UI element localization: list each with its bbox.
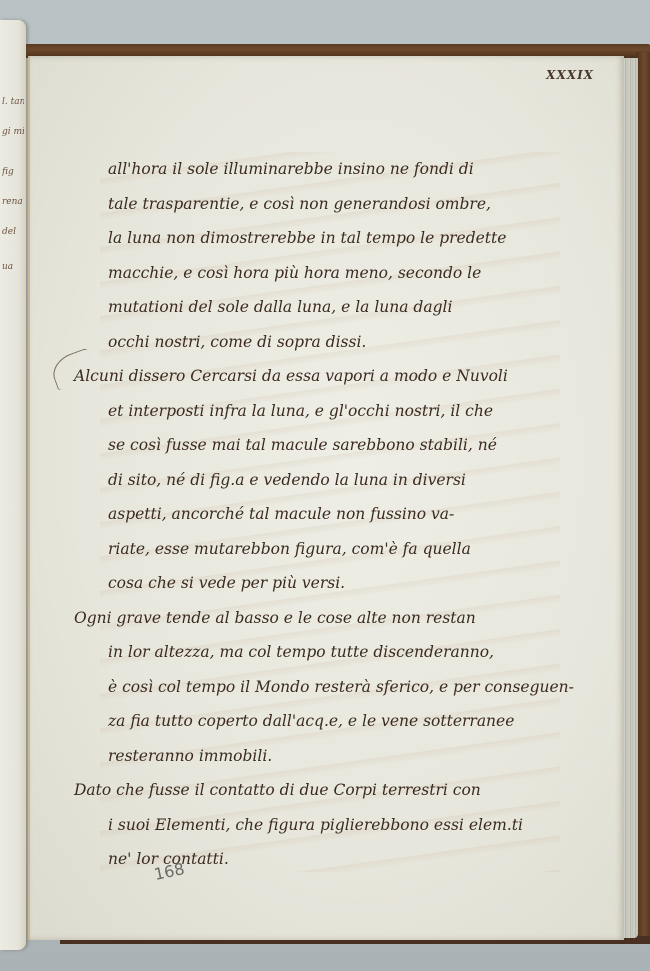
paragraph-start-line: Ogni grave tende al basso e le cose alte…	[74, 601, 574, 636]
text-line: la luna non dimostrerebbe in tal tempo l…	[74, 221, 574, 256]
text-line: ne' lor contatti.	[74, 842, 574, 877]
text-line: occhi nostri, come di sopra dissi.	[74, 325, 574, 360]
text-line: za fia tutto coperto dall'acq.e, e le ve…	[74, 704, 574, 739]
margin-fragment: l. tan	[2, 90, 24, 114]
manuscript-page: XXXIX all'hora il sole illuminarebbe ins…	[28, 56, 624, 940]
text-line: all'hora il sole illuminarebbe insino ne…	[74, 152, 574, 187]
text-line: i suoi Elementi, che figura piglierebbon…	[74, 808, 574, 843]
text-line: aspetti, ancorché tal macule non fussino…	[74, 497, 574, 532]
left-page-edge: l. tan gi mite fig rena del ua	[0, 20, 26, 950]
text-line: riate, esse mutarebbon figura, com'è fa …	[74, 532, 574, 567]
text-line: et interposti infra la luna, e gl'occhi …	[74, 394, 574, 429]
text-line: in lor altezza, ma col tempo tutte disce…	[74, 635, 574, 670]
text-line: di sito, né di fig.a e vedendo la luna i…	[74, 463, 574, 498]
margin-fragment: rena	[2, 190, 24, 214]
folio-number: XXXIX	[546, 68, 594, 82]
margin-fragment: fig	[2, 160, 24, 184]
margin-fragment: del	[2, 220, 24, 244]
text-line: resteranno immobili.	[74, 739, 574, 774]
manuscript-text: all'hora il sole illuminarebbe insino ne…	[74, 152, 574, 877]
text-line: mutationi del sole dalla luna, e la luna…	[74, 290, 574, 325]
text-line: tale trasparentie, e così non generandos…	[74, 187, 574, 222]
text-line: se così fusse mai tal macule sarebbono s…	[74, 428, 574, 463]
margin-fragment: gi mite	[2, 120, 24, 144]
text-line: cosa che si vede per più versi.	[74, 566, 574, 601]
paragraph-start-line: Alcuni dissero Cercarsi da essa vapori a…	[74, 359, 574, 394]
text-line: macchie, e così hora più hora meno, seco…	[74, 256, 574, 291]
margin-fragment: ua	[2, 255, 24, 279]
paragraph-start-line: Dato che fusse il contatto di due Corpi …	[74, 773, 574, 808]
book-binding-right	[636, 52, 650, 942]
text-line: è così col tempo il Mondo resterà sferic…	[74, 670, 574, 705]
